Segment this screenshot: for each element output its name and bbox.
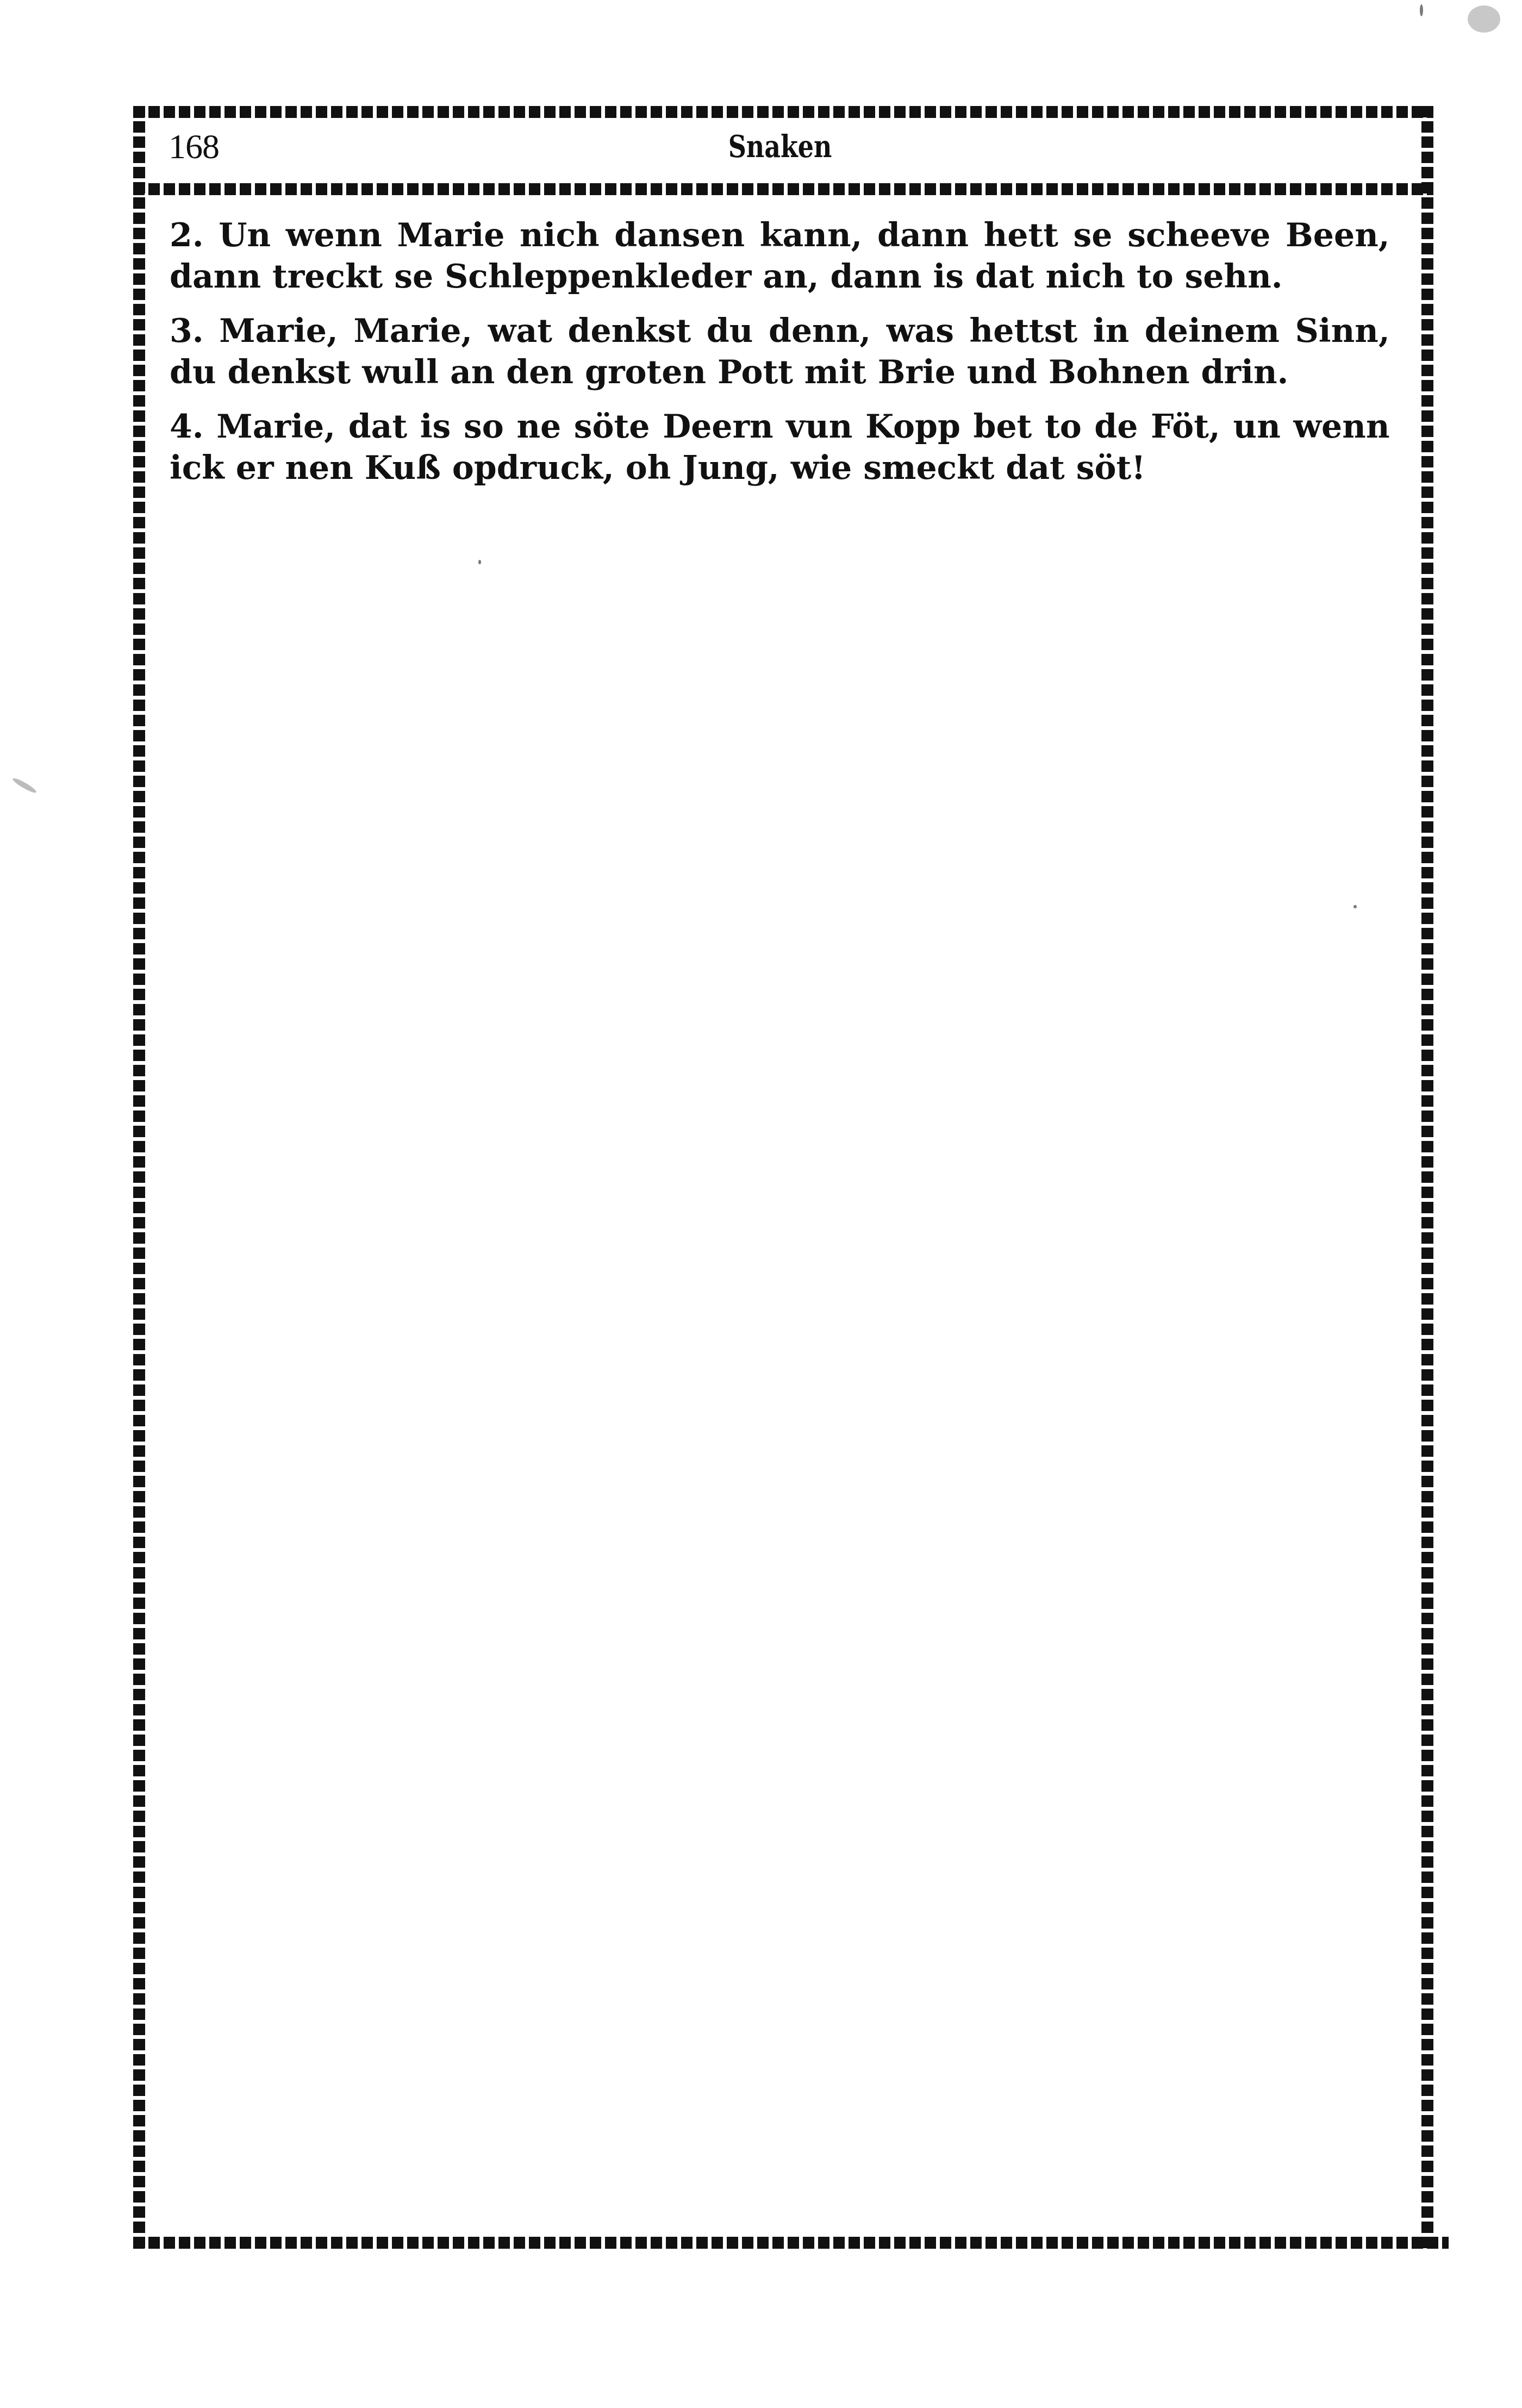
stanza-line: 4. Marie, dat is so ne söte Deern vun Ko… — [170, 406, 1390, 447]
stanza-line: 2. Un wenn Marie nich dansen kann, dann … — [170, 215, 1390, 256]
running-title: Snaken — [279, 125, 1282, 169]
dashed-frame-bottom — [133, 2237, 1449, 2249]
page-number: 168 — [169, 125, 219, 169]
dashed-frame-top — [133, 106, 1433, 118]
dashed-frame-left — [133, 106, 145, 2249]
scan-speck — [1353, 905, 1357, 908]
stanza-line: 3. Marie, Marie, wat denkst du denn, was… — [170, 310, 1390, 352]
stanza-line: ick er nen Kuß opdruck, oh Jung, wie sme… — [170, 447, 1390, 489]
stanza-line: dann treckt se Schleppenkleder an, dann … — [170, 256, 1390, 297]
scan-speck — [1468, 5, 1500, 33]
scan-speck — [478, 560, 481, 564]
stanza-line: du denkst wull an den groten Pott mit Br… — [170, 352, 1390, 393]
scan-speck — [1420, 4, 1423, 16]
page-header: 168 Snaken — [169, 121, 1392, 175]
stanza-2: 2. Un wenn Marie nich dansen kann, dann … — [170, 215, 1390, 297]
song-text: 2. Un wenn Marie nich dansen kann, dann … — [170, 215, 1390, 502]
dashed-frame-right — [1421, 106, 1433, 2249]
scan-speck — [11, 776, 38, 795]
dashed-header-separator — [133, 183, 1433, 195]
stanza-4: 4. Marie, dat is so ne söte Deern vun Ko… — [170, 406, 1390, 489]
stanza-3: 3. Marie, Marie, wat denkst du denn, was… — [170, 310, 1390, 393]
